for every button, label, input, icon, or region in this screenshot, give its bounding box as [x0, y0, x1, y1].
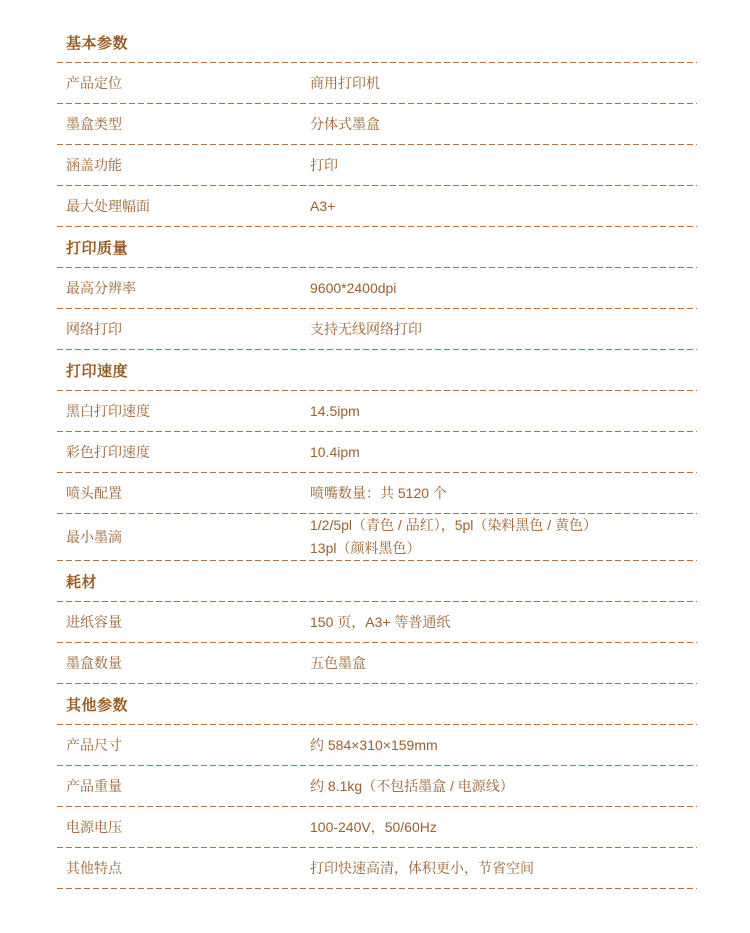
spec-row-network-print: 网络打印 支持无线网络打印 — [57, 309, 697, 349]
spec-row-color-print-speed: 彩色打印速度 10.4ipm — [57, 432, 697, 472]
spec-row-product-positioning: 产品定位 商用打印机 — [57, 63, 697, 103]
section-header-consumables: 耗材 — [57, 561, 697, 601]
spec-value: 10.4ipm — [310, 444, 697, 460]
spec-label: 喷头配置 — [66, 483, 310, 503]
spec-label: 产品尺寸 — [66, 735, 310, 755]
divider — [57, 888, 697, 889]
spec-row-printhead-config: 喷头配置 喷嘴数量：共 5120 个 — [57, 473, 697, 513]
spec-label: 电源电压 — [66, 817, 310, 837]
section-header-other-params: 其他参数 — [57, 684, 697, 724]
section-title: 打印质量 — [66, 237, 128, 258]
spec-label: 涵盖功能 — [66, 155, 310, 175]
spec-value: 喷嘴数量：共 5120 个 — [310, 483, 697, 503]
spec-label: 进纸容量 — [66, 612, 310, 632]
spec-row-cartridge-count: 墨盒数量 五色墨盒 — [57, 643, 697, 683]
spec-value: 打印 — [310, 155, 697, 175]
section-header-basic-params: 基本参数 — [57, 22, 697, 62]
spec-label: 最小墨滴 — [66, 527, 310, 547]
spec-row-max-resolution: 最高分辨率 9600*2400dpi — [57, 268, 697, 308]
spec-label: 黑白打印速度 — [66, 401, 310, 421]
spec-value: 9600*2400dpi — [310, 280, 697, 296]
spec-value: 100-240V，50/60Hz — [310, 817, 697, 837]
spec-value: 150 页，A3+ 等普通纸 — [310, 612, 697, 632]
spec-label: 彩色打印速度 — [66, 442, 310, 462]
spec-value-line: 13pl（颜料黑色） — [310, 537, 697, 560]
spec-row-mono-print-speed: 黑白打印速度 14.5ipm — [57, 391, 697, 431]
spec-value: 约 584×310×159mm — [310, 735, 697, 755]
spec-value: 支持无线网络打印 — [310, 319, 697, 339]
spec-table: 基本参数 产品定位 商用打印机 墨盒类型 分体式墨盒 涵盖功能 打印 最大处理幅… — [57, 0, 697, 889]
spec-row-voltage: 电源电压 100-240V，50/60Hz — [57, 807, 697, 847]
section-title: 耗材 — [66, 571, 97, 592]
spec-row-paper-capacity: 进纸容量 150 页，A3+ 等普通纸 — [57, 602, 697, 642]
spec-value: 14.5ipm — [310, 403, 697, 419]
spec-value: 打印快速高清，体积更小，节省空间 — [310, 858, 697, 878]
spec-value: 约 8.1kg（不包括墨盒 / 电源线） — [310, 776, 697, 796]
spec-label: 墨盒类型 — [66, 114, 310, 134]
spec-label: 网络打印 — [66, 319, 310, 339]
spec-label: 墨盒数量 — [66, 653, 310, 673]
spec-value: 五色墨盒 — [310, 653, 697, 673]
spec-row-dimensions: 产品尺寸 约 584×310×159mm — [57, 725, 697, 765]
spec-label: 产品重量 — [66, 776, 310, 796]
spec-value: A3+ — [310, 198, 697, 214]
section-header-print-speed: 打印速度 — [57, 350, 697, 390]
spec-label: 产品定位 — [66, 73, 310, 93]
section-header-print-quality: 打印质量 — [57, 227, 697, 267]
spec-row-cartridge-type: 墨盒类型 分体式墨盒 — [57, 104, 697, 144]
spec-row-other-features: 其他特点 打印快速高清，体积更小，节省空间 — [57, 848, 697, 888]
spec-label: 最高分辨率 — [66, 278, 310, 298]
spec-row-max-media-size: 最大处理幅面 A3+ — [57, 186, 697, 226]
spec-value-line: 1/2/5pl（青色 / 品红），5pl（染料黑色 / 黄色） — [310, 514, 697, 537]
section-title: 基本参数 — [66, 32, 128, 53]
spec-row-min-droplet: 最小墨滴 1/2/5pl（青色 / 品红），5pl（染料黑色 / 黄色） 13p… — [57, 514, 697, 560]
spec-row-weight: 产品重量 约 8.1kg（不包括墨盒 / 电源线） — [57, 766, 697, 806]
spec-row-functions: 涵盖功能 打印 — [57, 145, 697, 185]
section-title: 其他参数 — [66, 694, 128, 715]
spec-label: 最大处理幅面 — [66, 196, 310, 216]
spec-value: 分体式墨盒 — [310, 114, 697, 134]
spec-label: 其他特点 — [66, 858, 310, 878]
spec-value: 商用打印机 — [310, 73, 697, 93]
section-title: 打印速度 — [66, 360, 128, 381]
spec-value: 1/2/5pl（青色 / 品红），5pl（染料黑色 / 黄色） 13pl（颜料黑… — [310, 514, 697, 560]
